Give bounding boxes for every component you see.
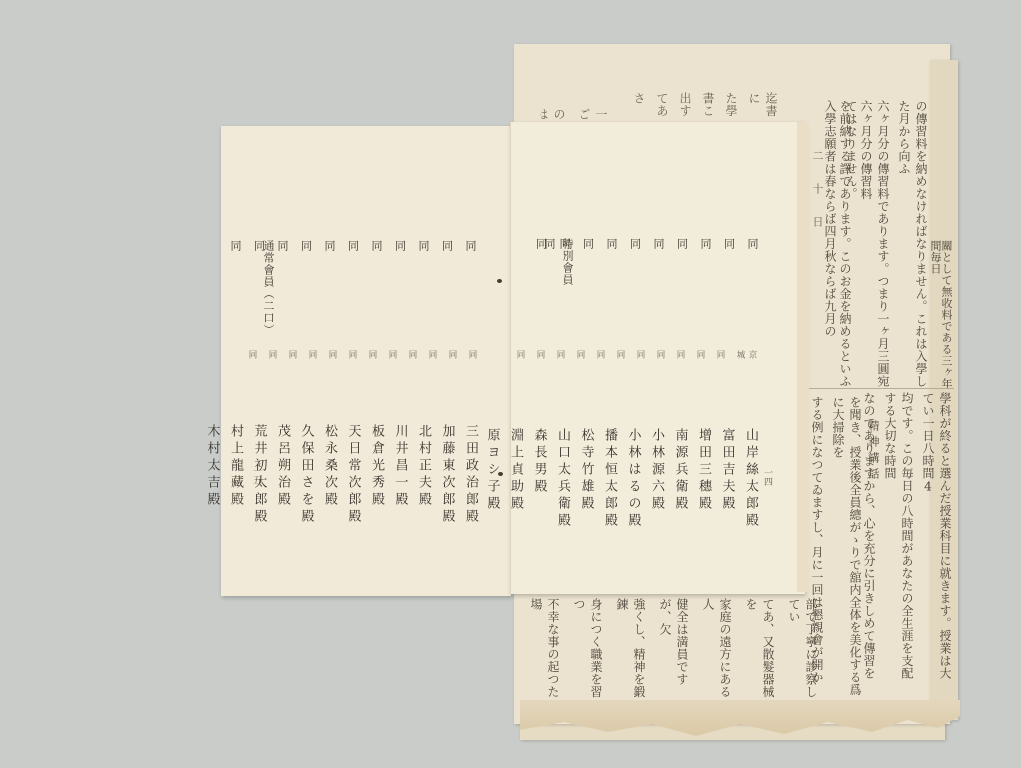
member-name: 北村正夫殿 — [414, 424, 433, 604]
text-line: てあ、又散髮器械を — [743, 598, 777, 698]
ditto-mark: 同 — [368, 240, 384, 260]
text-line: 書こ — [700, 92, 717, 122]
text-line: てはなりません。 — [843, 100, 860, 390]
member-name: 天日常次郎殿 — [344, 424, 363, 604]
ditto-mark: 同 — [246, 350, 258, 364]
text-line: 六ヶ月分の傳習料であります。つまり一ヶ月三圓宛六ヶ月分の傳習料 — [858, 100, 892, 390]
ditto-mark: 同 — [544, 238, 555, 251]
member-name: 山口太兵衛殿 — [553, 428, 572, 608]
member-name: 播本恒太郎殿 — [600, 428, 619, 608]
ditto-mark: 同 — [650, 238, 666, 258]
right-names-list: 山岸絲太郎殿 富田吉夫殿 增田三穗殿 南源兵衛殿 小林源六殿 小林はるの殿 播本… — [538, 428, 760, 548]
left-names-list: 三田政治郎殿 加藤東次郎殿 北村正夫殿 川井昌一殿 板倉光秀殿 天日常次郎殿 松… — [264, 424, 480, 544]
right-page-edge — [797, 122, 809, 592]
ditto-mark: 同 — [594, 350, 606, 364]
member-name: 川井昌一殿 — [391, 424, 410, 604]
text-line: てあ — [654, 92, 671, 122]
text-line: 入學志願者は春ならば四月秋ならば九月の — [822, 100, 839, 390]
underlying-bottom-fragments: 部で丁寧に診察してい てあ、又散髮器械を 家庭の遠方にある人 健全は満員ですが、… — [520, 598, 820, 698]
member-name: 松永桑次殿 — [320, 424, 339, 604]
ditto-mark: 同 — [603, 238, 619, 258]
ditto-mark: 同 — [266, 350, 278, 364]
ditto-mark: 同 — [346, 350, 358, 364]
text-line: 身につく職業を習つ — [571, 598, 605, 698]
ditto-mark: 同 — [446, 350, 458, 364]
date-label: 二十日 — [812, 150, 823, 249]
ditto-mark: 同 — [574, 350, 586, 364]
member-name: 荒井初太郎殿 — [250, 424, 269, 604]
ditto-mark: 同 — [627, 238, 643, 258]
member-name: 小林はるの殿 — [624, 428, 643, 608]
ditto-mark: 同 — [462, 240, 478, 260]
member-name: 南源兵衛殿 — [671, 428, 690, 608]
member-name: 富田吉夫殿 — [718, 428, 737, 608]
ditto-mark: 同 — [274, 240, 290, 260]
ditto-mark: 同 — [306, 350, 318, 364]
ditto-mark: 同 — [406, 350, 418, 364]
ditto-mark: 同 — [227, 240, 243, 260]
ditto-mark: 同 — [614, 350, 626, 364]
section-divider — [806, 388, 954, 389]
text-line: 部で丁寧に診察してい — [786, 598, 820, 698]
text-line: 學科が終ると選んだ授業科目に就きます。授業は大てい一日八時間4 — [920, 392, 954, 682]
underlying-upper-paragraph-end: てはなりません。 入學志願者は春ならば四月秋ならば九月の — [820, 100, 860, 390]
underlying-top-lines: 迄書に た學 書こ 出す てあ さ — [590, 92, 780, 122]
ditto-mark: 同 — [321, 240, 337, 260]
ditto-mark: 同 — [534, 350, 546, 364]
right-header-row: 同 同 同 同 同 同 同 同 同 同 — [560, 238, 760, 258]
member-name: 山岸絲太郎殿 — [741, 428, 760, 608]
right-edge-line: 關として無收料である三ヶ年間毎日 — [930, 240, 952, 390]
text-line: 均です。この毎日の八時間があなたの全生涯を支配する大切な時間 — [882, 392, 916, 682]
ditto-mark: 同 — [714, 350, 726, 364]
text-line: を聞き、授業後全員總がゝりで舘内全体を美化する爲に大掃除を — [830, 396, 864, 696]
ditto-mark: 同 — [554, 350, 566, 364]
ditto-mark: 同 — [514, 350, 526, 364]
binding-hole-mark — [498, 472, 503, 476]
member-name: 原ヨシ子殿 — [483, 428, 502, 608]
member-name: 久保田さを殿 — [297, 424, 316, 604]
ditto-mark: 同 — [694, 350, 706, 364]
ditto-mark: 同 — [392, 240, 408, 260]
left-header-row: 同 同 同 同 同 同 同 同 同 同 同 — [262, 240, 478, 260]
member-name: 木村太吉殿 — [203, 424, 222, 604]
member-name: 增田三穗殿 — [694, 428, 713, 608]
ditto-mark: 同 — [634, 350, 646, 364]
member-name: 三田政治郎殿 — [461, 424, 480, 604]
text-line: 家庭の遠方にある人 — [700, 598, 734, 698]
member-name: 村上龍藏殿 — [226, 424, 245, 604]
member-name: 松寺竹雄殿 — [577, 428, 596, 608]
member-name: 茂呂朔治殿 — [273, 424, 292, 604]
left-place-row: 同 同 同 同 同 同 同 同 同 同 同 同 — [262, 350, 478, 364]
text-line: 出す — [677, 92, 694, 122]
ditto-mark: 同 — [674, 350, 686, 364]
ditto-mark: 同 — [286, 350, 298, 364]
binding-hole-mark — [497, 279, 502, 283]
ditto-mark: 同 — [744, 238, 760, 258]
member-name: 加藤東次郎殿 — [438, 424, 457, 604]
ditto-mark: 同 — [697, 238, 713, 258]
text-line: た學 — [723, 92, 740, 122]
ditto-mark: 同 — [298, 240, 314, 260]
ditto-mark: 同 — [466, 350, 478, 364]
right-place-row: 京城 同 同 同 同 同 同 同 同 同 同 同 — [542, 350, 758, 364]
ditto-mark: 同 — [366, 350, 378, 364]
ditto-mark: 同 — [580, 238, 596, 258]
text-line: 健全は満員ですが、欠 — [657, 598, 691, 698]
section-label-special-members: 特別會員 — [562, 238, 573, 286]
ditto-mark: 同 — [654, 350, 666, 364]
member-name: 森長男殿 — [530, 428, 549, 608]
text-line: さ — [631, 92, 648, 122]
ditto-mark: 同 — [345, 240, 361, 260]
ditto-mark: 同 — [426, 350, 438, 364]
text-line: 不幸な事の起つた場 — [528, 598, 562, 698]
place-kyoseong: 京城 — [734, 350, 758, 364]
ditto-mark: 同 — [721, 238, 737, 258]
member-name: 淵上貞助殿 — [506, 428, 525, 608]
text-line: の傳習料を納めなければなりません。これは入學した月から向ふ — [896, 100, 930, 390]
member-name: 小林源六殿 — [647, 428, 666, 608]
ditto-mark: 同 — [439, 240, 455, 260]
ditto-mark: 同 — [386, 350, 398, 364]
text-line: 迄書に — [746, 92, 780, 122]
text-line: 強くし、精神を鍛錬 — [614, 598, 648, 698]
ditto-mark: 同 — [326, 350, 338, 364]
section-label-regular-members: 通常會員（二口） — [263, 240, 274, 336]
ditto-mark: 同 — [415, 240, 431, 260]
lecture-heading: 精神講話 — [868, 420, 879, 484]
page-number-left: 一五 — [251, 466, 260, 484]
page-number-right: 一四 — [762, 468, 771, 486]
ditto-mark: 同 — [674, 238, 690, 258]
member-name: 板倉光秀殿 — [367, 424, 386, 604]
